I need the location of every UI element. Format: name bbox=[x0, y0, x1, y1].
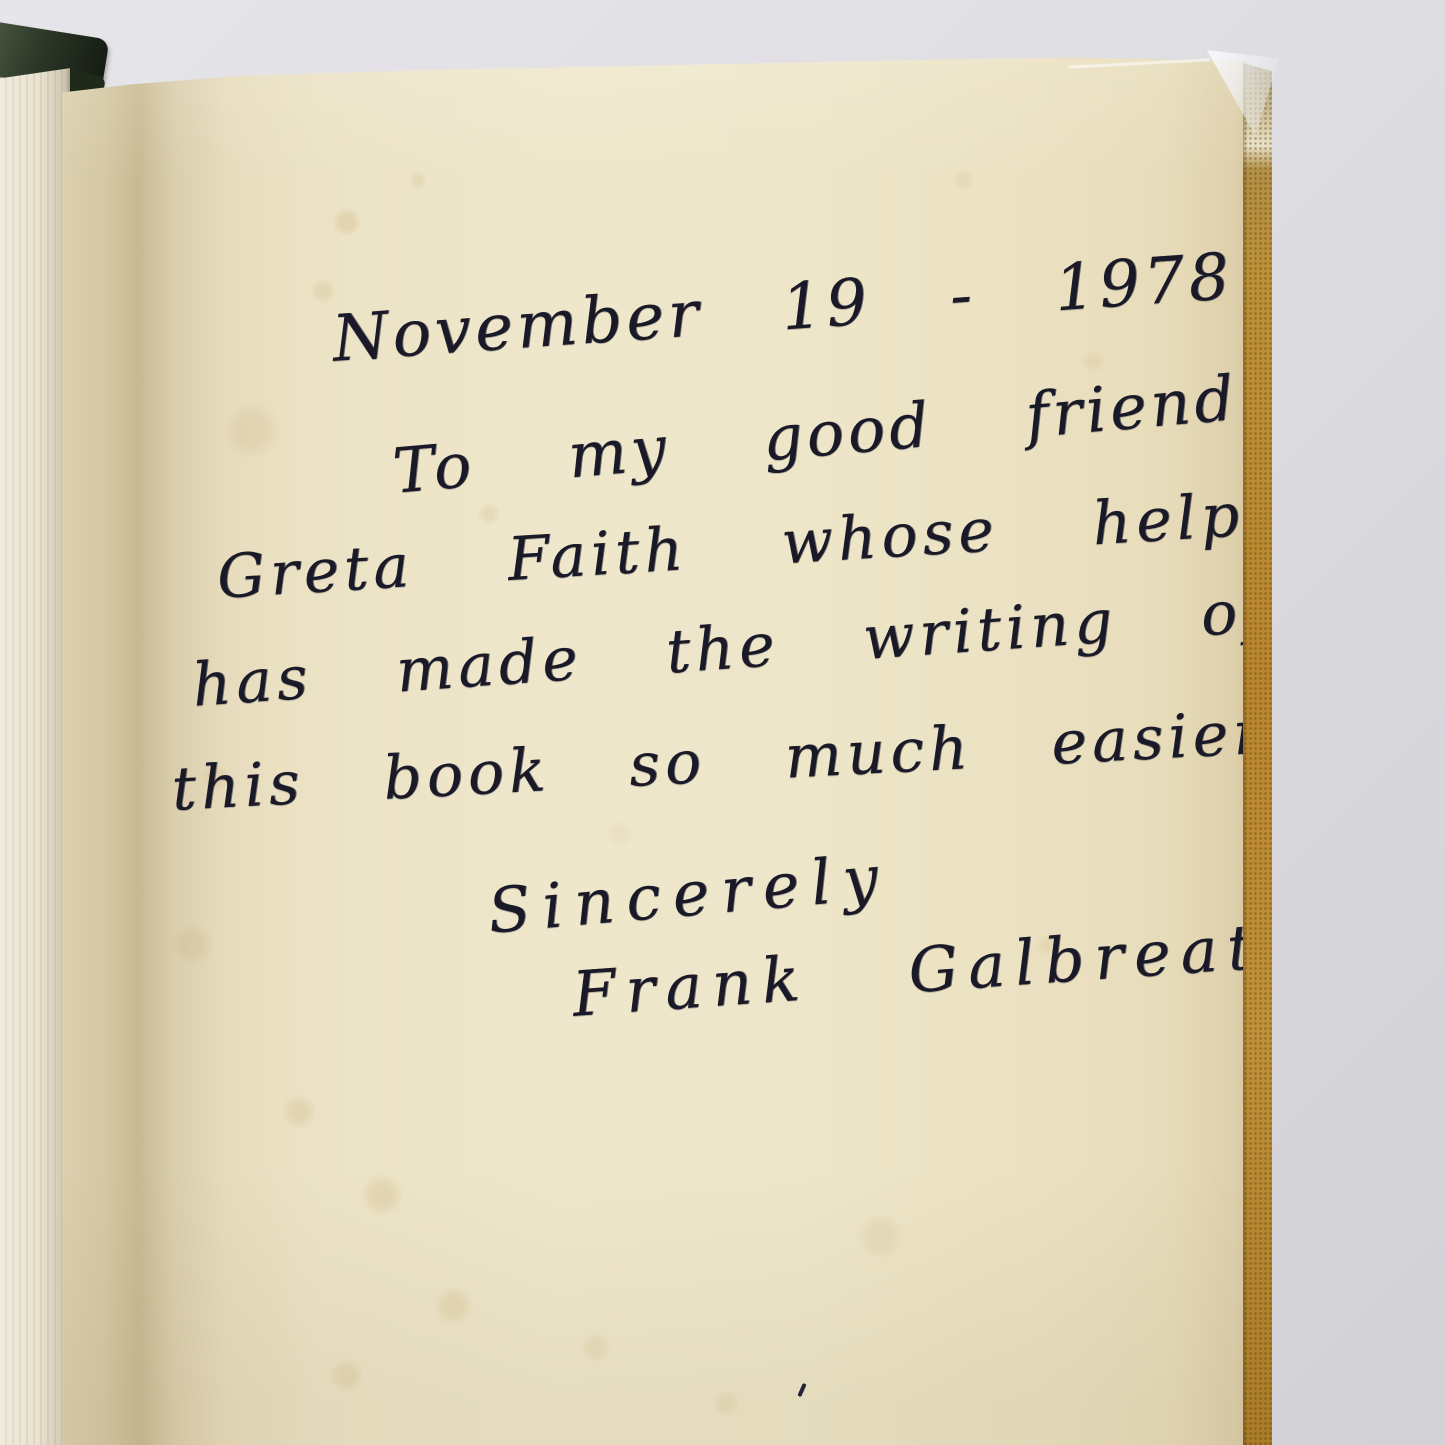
book-photo: November 19 - 1978 To my good friend Gre… bbox=[0, 0, 1445, 1445]
inscription-line-body-2: this book so much easier bbox=[170, 698, 1268, 825]
book-page: November 19 - 1978 To my good friend Gre… bbox=[62, 55, 1248, 1445]
inscription-line-greeting: To my good friend bbox=[390, 361, 1241, 508]
dust-jacket-edge bbox=[1243, 56, 1272, 1445]
inscription-line-closing: Sincerely bbox=[485, 840, 893, 948]
stray-ink-mark bbox=[797, 1383, 806, 1397]
inscription-line-date: November 19 - 1978 bbox=[330, 240, 1236, 377]
page-stack-edge bbox=[0, 66, 70, 1445]
